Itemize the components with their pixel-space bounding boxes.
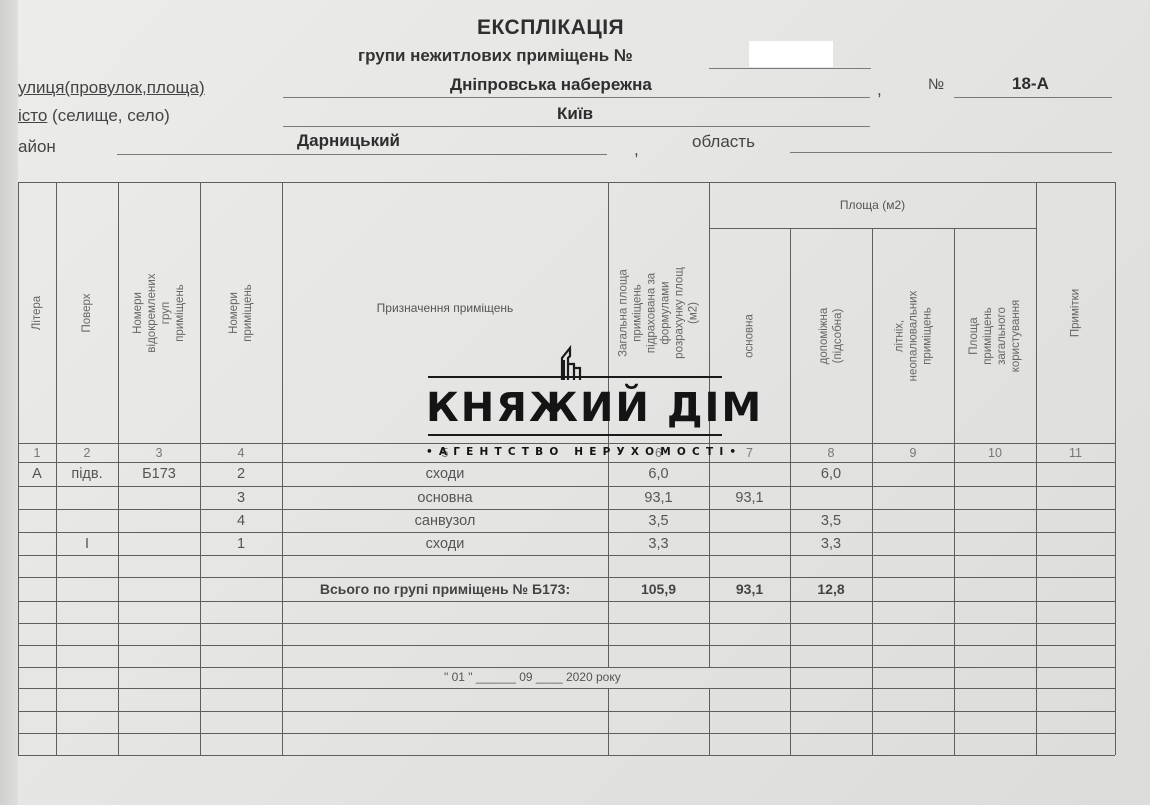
column-number: 3 [118, 443, 200, 462]
column-header-label: допоміжна (підсобна) [817, 295, 845, 377]
number-label: № [928, 76, 944, 93]
cell-total-area: 3,5 [608, 509, 709, 532]
logo-top-rule [428, 376, 722, 378]
page-edge-shadow [0, 0, 18, 805]
grid-line [18, 733, 1115, 734]
cell-room: 3 [200, 486, 282, 509]
cell-litera: А [18, 462, 56, 486]
summary-total: 105,9 [608, 577, 709, 601]
summary-aux: 12,8 [790, 577, 872, 601]
district-label: айон [18, 137, 56, 157]
cell-purpose: основна [282, 486, 608, 509]
column-number: 9 [872, 443, 954, 462]
grid-line [18, 711, 1115, 712]
column-number: 10 [954, 443, 1036, 462]
cell-aux-area: 3,3 [790, 532, 872, 555]
document-title: ЕКСПЛІКАЦІЯ [477, 16, 624, 40]
grid-line [608, 688, 609, 755]
cell-floor [56, 509, 118, 532]
cell-room: 4 [200, 509, 282, 532]
cell-room: 2 [200, 462, 282, 486]
cell-group [118, 486, 200, 509]
column-header-label: Загальна площа приміщень підрахована за … [617, 262, 701, 363]
column-number: 2 [56, 443, 118, 462]
city-underline [283, 126, 870, 127]
grid-line [18, 645, 1115, 646]
column-header-label: літніх, неопалювальних приміщень [892, 290, 934, 381]
column-header-label: Номери приміщень [227, 272, 255, 354]
cell-total-area: 6,0 [608, 462, 709, 486]
header-floor: Поверх [56, 182, 118, 443]
document-subtitle: групи нежитлових приміщень № [358, 46, 633, 66]
cell-aux-area: 6,0 [790, 462, 872, 486]
cell-total-area: 93,1 [608, 486, 709, 509]
summary-label: Всього по групі приміщень № Б173: [282, 577, 608, 601]
column-header-label: Літера [30, 294, 44, 332]
column-header-label: Поверх [80, 282, 94, 344]
cell-purpose: санвузол [282, 509, 608, 532]
street-label: улиця(провулок,площа) [18, 78, 205, 98]
cell-litera [18, 486, 56, 509]
cell-floor: підв. [56, 462, 118, 486]
region-underline [790, 152, 1112, 153]
column-number: 11 [1036, 443, 1115, 462]
header-common-use: Площа приміщень загального користування [954, 228, 1036, 443]
column-number: 4 [200, 443, 282, 462]
column-header-label: Примітки [1069, 273, 1083, 352]
cell-group: Б173 [118, 462, 200, 486]
header-auxiliary: допоміжна (підсобна) [790, 228, 872, 443]
cell-aux-area: 3,5 [790, 509, 872, 532]
header-summer: літніх, неопалювальних приміщень [872, 228, 954, 443]
logo-name: КНЯЖИЙ ДІМ [426, 385, 763, 431]
cell-group [118, 532, 200, 555]
column-header-label: Номери відокремлених груп приміщень [131, 272, 187, 354]
header-litera: Літера [18, 182, 56, 443]
header-notes: Примітки [1036, 182, 1115, 443]
comma: , [877, 80, 882, 100]
cell-floor [56, 486, 118, 509]
cell-litera [18, 509, 56, 532]
header-group-numbers: Номери відокремлених груп приміщень [118, 182, 200, 443]
grid-line [1115, 182, 1116, 755]
cell-purpose: сходи [282, 462, 608, 486]
cell-room: 1 [200, 532, 282, 555]
comma: , [634, 140, 639, 160]
redacted-group-number [749, 41, 833, 67]
column-header-label: Площа приміщень загального користування [967, 295, 1023, 377]
cell-main-area: 93,1 [709, 486, 790, 509]
building-icon [560, 344, 586, 380]
cell-floor: I [56, 532, 118, 555]
number-underline [954, 97, 1112, 98]
grid-line [18, 688, 1115, 689]
cell-main-area [709, 509, 790, 532]
summary-main: 93,1 [709, 577, 790, 601]
logo-tagline: •АГЕНТСТВО НЕРУХОМОСТІ• [426, 446, 742, 458]
cell-purpose: сходи [282, 532, 608, 555]
grid-line [18, 555, 1115, 556]
grid-line [18, 601, 1115, 602]
grid-line [709, 688, 710, 755]
cell-litera [18, 532, 56, 555]
group-number-underline [709, 68, 871, 69]
cell-total-area: 3,3 [608, 532, 709, 555]
street-underline [283, 97, 870, 98]
district-value: Дарницький [297, 131, 400, 151]
city-label: істо (селище, село) [18, 106, 170, 126]
header-room-numbers: Номери приміщень [200, 182, 282, 443]
region-label: область [692, 132, 755, 152]
street-value: Дніпровська набережна [450, 75, 652, 95]
cell-group [118, 509, 200, 532]
cell-main-area [709, 532, 790, 555]
date-line: " 01 " ______ 09 ____ 2020 року [444, 670, 621, 684]
logo-bottom-rule [428, 434, 722, 436]
cell-main-area [709, 462, 790, 486]
city-value: Київ [557, 104, 593, 124]
grid-line [18, 667, 1115, 668]
building-number-value: 18-А [1012, 74, 1049, 94]
column-number: 1 [18, 443, 56, 462]
header-area-group: Площа (м2) [709, 182, 1036, 228]
column-header-label: основна [743, 295, 757, 376]
grid-line [18, 755, 1115, 756]
column-number: 8 [790, 443, 872, 462]
district-underline [117, 154, 607, 155]
cell-aux-area [790, 486, 872, 509]
grid-line [18, 623, 1115, 624]
